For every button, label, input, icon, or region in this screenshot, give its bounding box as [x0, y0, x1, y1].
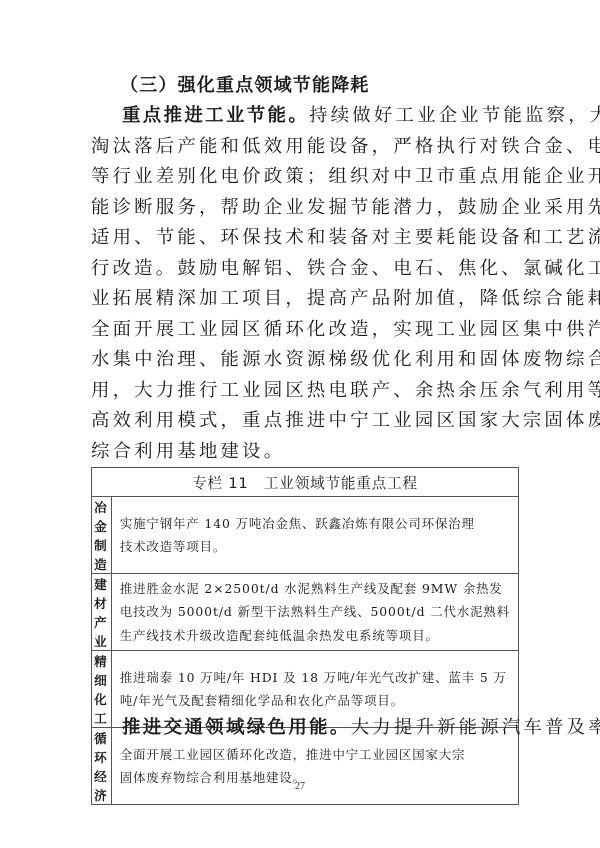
paragraph-lead: 重点推进工业节能。	[122, 105, 309, 126]
table-description: 实施宁钢年产 140 万吨冶金焦、跃鑫冶炼有限公司环保治理 技术改造等项目。	[111, 497, 518, 574]
paragraph-line: 能诊断服务，帮助企业发掘节能潜力，鼓励企业采用先进、	[91, 193, 521, 224]
paragraph-line: 淘汰落后产能和低效用能设备，严格执行对铁合金、电解铝	[91, 132, 521, 163]
table-description: 推进胜金水泥 2×2500t/d 水泥熟料生产线及配套 9MW 余热发 电技改为…	[111, 574, 518, 651]
paragraph-line: 重点推进工业节能。持续做好工业企业节能监察，大力	[91, 101, 521, 132]
paragraph-line: 推进交通领域绿色用能。大力提升新能源汽车普及率，	[91, 713, 521, 744]
paragraph-line: 业拓展精深加工项目，提高产品附加值，降低综合能耗水平。	[91, 284, 521, 315]
document-page: （三）强化重点领域节能降耗 重点推进工业节能。持续做好工业企业节能监察，大力 淘…	[0, 0, 600, 848]
paragraph-line: 适用、节能、环保技术和装备对主要耗能设备和工艺流程进	[91, 223, 521, 254]
paragraph-lead: 推进交通领域绿色用能。	[122, 717, 351, 738]
paragraph-transport-energy: 推进交通领域绿色用能。大力提升新能源汽车普及率，	[91, 713, 521, 744]
paragraph-line: 高效利用模式，重点推进中宁工业园区国家大宗固体废弃物	[91, 406, 521, 437]
paragraph-line: 用，大力推行工业园区热电联产、余热余压余气利用等能源	[91, 376, 521, 407]
page-number: 27	[0, 781, 600, 792]
table-row: 建材产业 推进胜金水泥 2×2500t/d 水泥熟料生产线及配套 9MW 余热发…	[92, 574, 519, 651]
table-category: 冶金制造	[92, 497, 112, 574]
table-header-row: 专栏 11 工业领域节能重点工程	[92, 468, 519, 497]
section-heading: （三）强化重点领域节能降耗	[120, 73, 370, 99]
table-row: 冶金制造 实施宁钢年产 140 万吨冶金焦、跃鑫冶炼有限公司环保治理 技术改造等…	[92, 497, 519, 574]
table-title: 专栏 11 工业领域节能重点工程	[92, 468, 519, 497]
key-projects-table: 专栏 11 工业领域节能重点工程 冶金制造 实施宁钢年产 140 万吨冶金焦、跃…	[91, 467, 519, 805]
paragraph-line: 全面开展工业园区循环化改造，实现工业园区集中供汽、废	[91, 315, 521, 346]
paragraph-line: 综合利用基地建设。	[91, 437, 521, 468]
paragraph-industrial-energy-saving: 重点推进工业节能。持续做好工业企业节能监察，大力 淘汰落后产能和低效用能设备，严…	[91, 101, 521, 467]
paragraph-line: 行改造。鼓励电解铝、铁合金、电石、焦化、氯碱化工等产	[91, 254, 521, 285]
paragraph-line: 等行业差别化电价政策；组织对中卫市重点用能企业开展节	[91, 162, 521, 193]
paragraph-line: 水集中治理、能源水资源梯级优化利用和固体废物综合利	[91, 345, 521, 376]
table-category: 建材产业	[92, 574, 112, 651]
